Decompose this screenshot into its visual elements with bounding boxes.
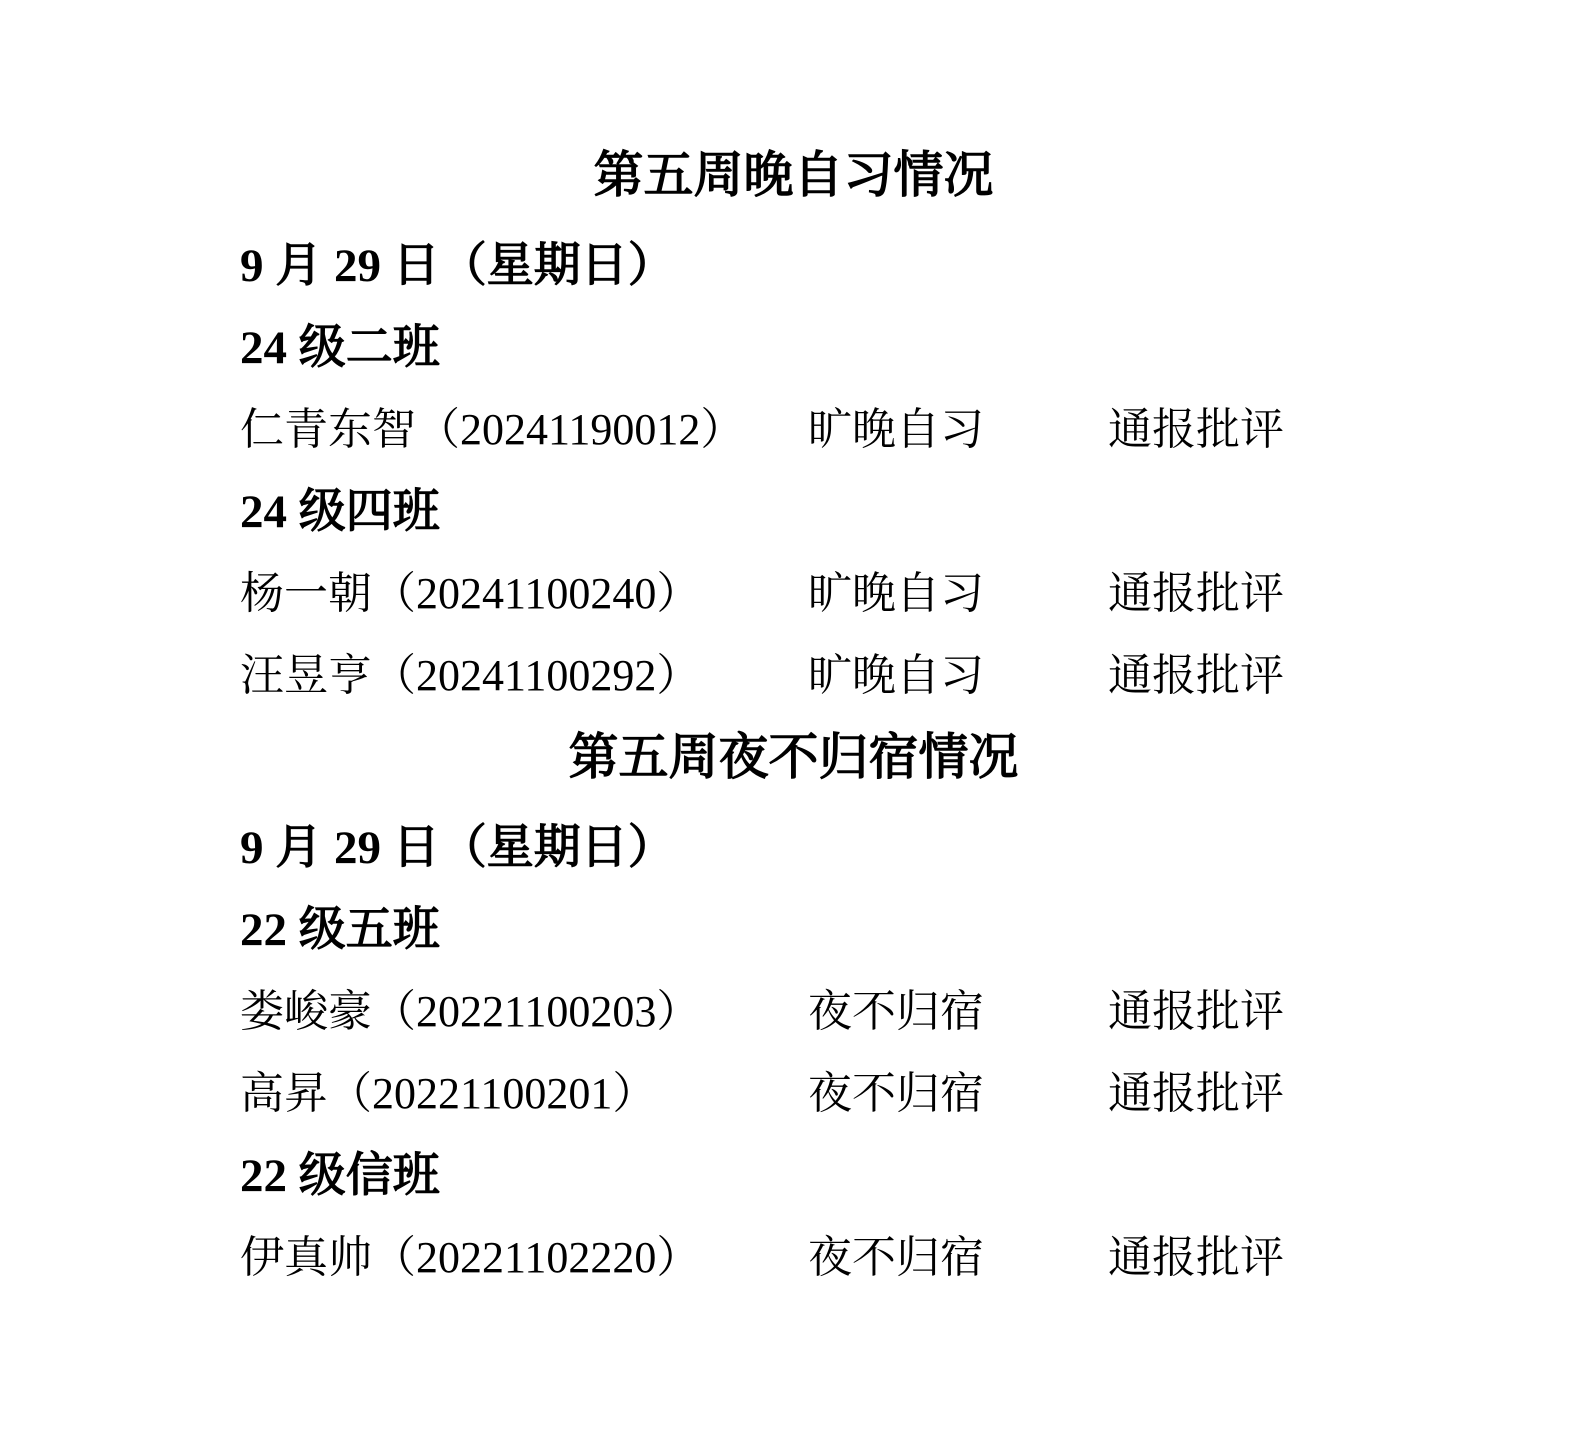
student-name: 伊真帅（20221102220）	[240, 1221, 808, 1285]
class-heading-24-4: 24 级四班	[240, 466, 1587, 548]
violation-row: 伊真帅（20221102220） 夜不归宿 通报批评	[240, 1212, 1587, 1294]
class-heading-24-2: 24 级二班	[240, 302, 1587, 384]
violation-row: 高昇（20221100201） 夜不归宿 通报批评	[240, 1048, 1587, 1130]
document-page: 第五周晚自习情况 9 月 29 日（星期日） 24 级二班 仁青东智（20241…	[0, 0, 1587, 1443]
student-name: 汪昱亨（20241100292）	[240, 639, 808, 703]
date-heading-1: 9 月 29 日（星期日）	[240, 220, 1587, 302]
punishment: 通报批评	[1108, 1057, 1284, 1121]
class-heading-22-xin: 22 级信班	[240, 1130, 1587, 1212]
violation-type: 旷晚自习	[808, 639, 1108, 703]
student-name: 高昇（20221100201）	[240, 1057, 808, 1121]
violation-type: 旷晚自习	[808, 557, 1108, 621]
section-title-evening-study: 第五周晚自习情况	[0, 130, 1587, 220]
student-name: 杨一朝（20241100240）	[240, 557, 808, 621]
student-name: 仁青东智（20241190012）	[240, 393, 808, 457]
violation-type: 夜不归宿	[808, 975, 1108, 1039]
violation-type: 夜不归宿	[808, 1221, 1108, 1285]
class-heading-22-5: 22 级五班	[240, 884, 1587, 966]
punishment: 通报批评	[1108, 1221, 1284, 1285]
punishment: 通报批评	[1108, 557, 1284, 621]
punishment: 通报批评	[1108, 975, 1284, 1039]
violation-type: 夜不归宿	[808, 1057, 1108, 1121]
date-heading-2: 9 月 29 日（星期日）	[240, 802, 1587, 884]
punishment: 通报批评	[1108, 393, 1284, 457]
student-name: 娄峻豪（20221100203）	[240, 975, 808, 1039]
violation-type: 旷晚自习	[808, 393, 1108, 457]
violation-row: 娄峻豪（20221100203） 夜不归宿 通报批评	[240, 966, 1587, 1048]
punishment: 通报批评	[1108, 639, 1284, 703]
violation-row: 仁青东智（20241190012） 旷晚自习 通报批评	[240, 384, 1587, 466]
section-title-night-absence: 第五周夜不归宿情况	[0, 712, 1587, 802]
violation-row: 汪昱亨（20241100292） 旷晚自习 通报批评	[240, 630, 1587, 712]
violation-row: 杨一朝（20241100240） 旷晚自习 通报批评	[240, 548, 1587, 630]
